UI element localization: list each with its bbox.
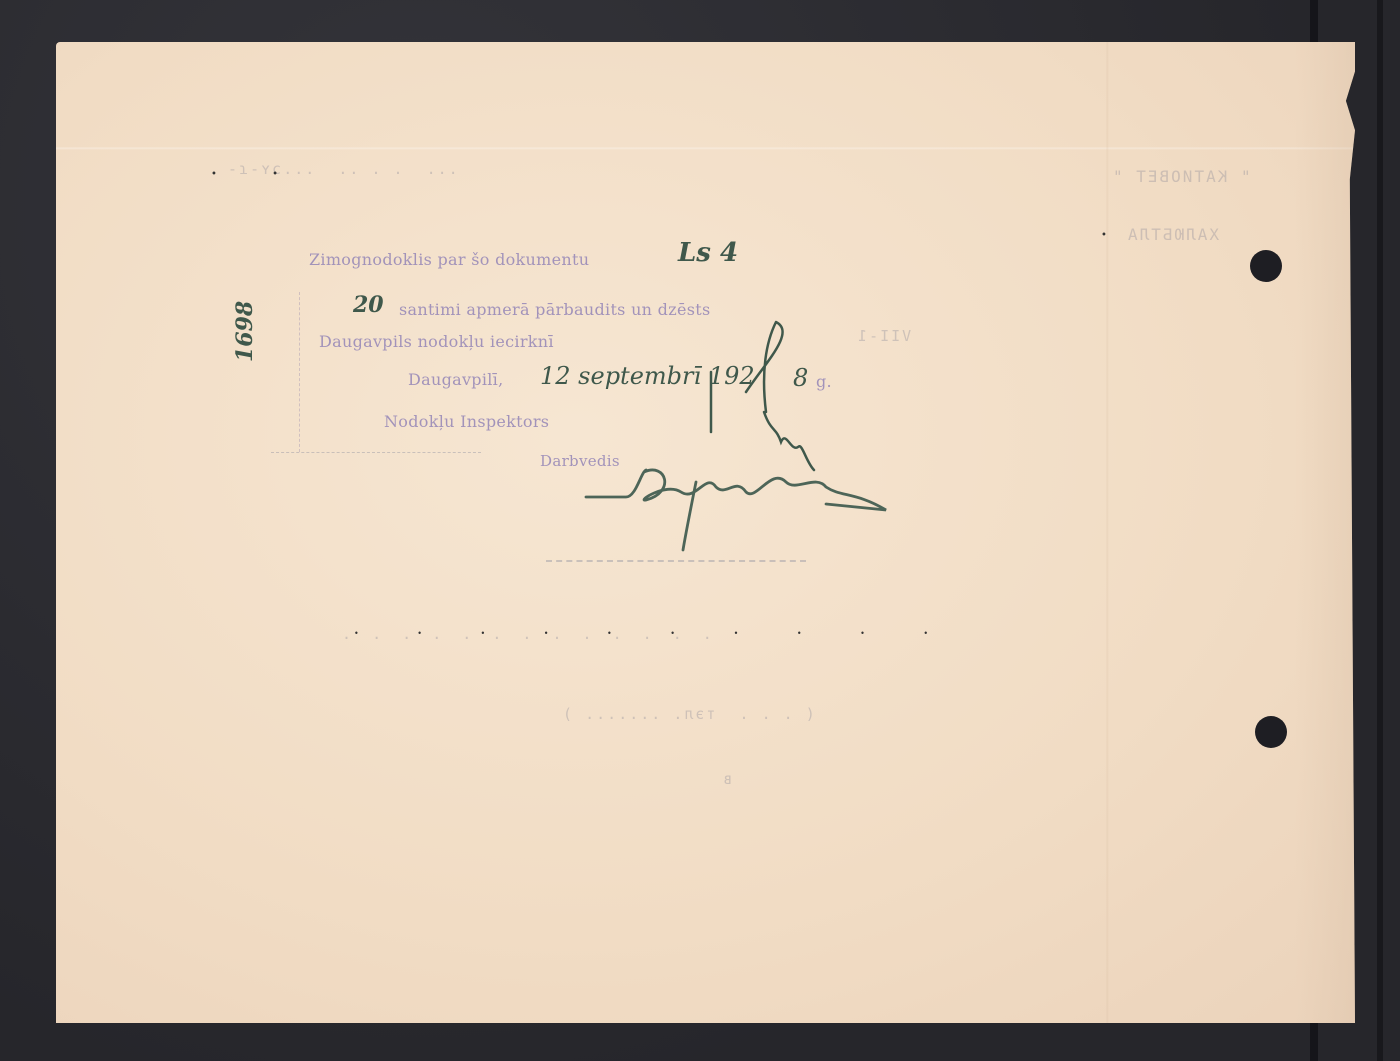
dot-mark-right: •	[1101, 230, 1133, 241]
stamp-border-bottom	[271, 452, 481, 453]
punch-hole-bottom	[1255, 716, 1287, 748]
stamp-line-4-place: Daugavpilī,	[408, 370, 503, 389]
handwritten-margin-number: 1698	[232, 301, 258, 362]
stamp-line-2: santimi apmerā pārbaudits un dzēsts	[399, 300, 710, 319]
stamp-border-left	[299, 292, 300, 452]
handwritten-amount-lats: Ls 4	[678, 238, 738, 268]
stamp-dashline	[546, 560, 806, 562]
document-paper: " КАТИОВЕТ " ХАЛЮБТЛА ... . . .. ...ɔʏ-ɾ…	[56, 42, 1355, 1023]
stamp-line-5: Nodokļu Inspektors	[384, 412, 549, 431]
showthrough-top-right-2: ХАЛЮБТЛА	[1126, 225, 1219, 244]
handwritten-amount-santimi: 20	[353, 292, 384, 318]
showthrough-paren-line: ( . . . тэл. ....... )	[561, 705, 815, 723]
showthrough-mid-right: VII-1	[856, 327, 911, 345]
paper-fold	[1295, 42, 1355, 1023]
punch-hole-top	[1250, 250, 1282, 282]
showthrough-bottom-mark: в	[721, 770, 732, 788]
inspector-signature	[706, 312, 836, 472]
dot-marks-top: • •	[211, 169, 304, 180]
clerk-signature	[586, 462, 896, 552]
dot-marks-middle: • • • • • • • • • •	[354, 629, 956, 638]
stamp-line-1: Zimognodoklis par šo dokumentu	[309, 250, 589, 269]
stamp-line-3: Daugavpils nodokļu iecirknī	[319, 332, 554, 351]
showthrough-top-right-1: " КАТИОВЕТ "	[1111, 167, 1251, 186]
